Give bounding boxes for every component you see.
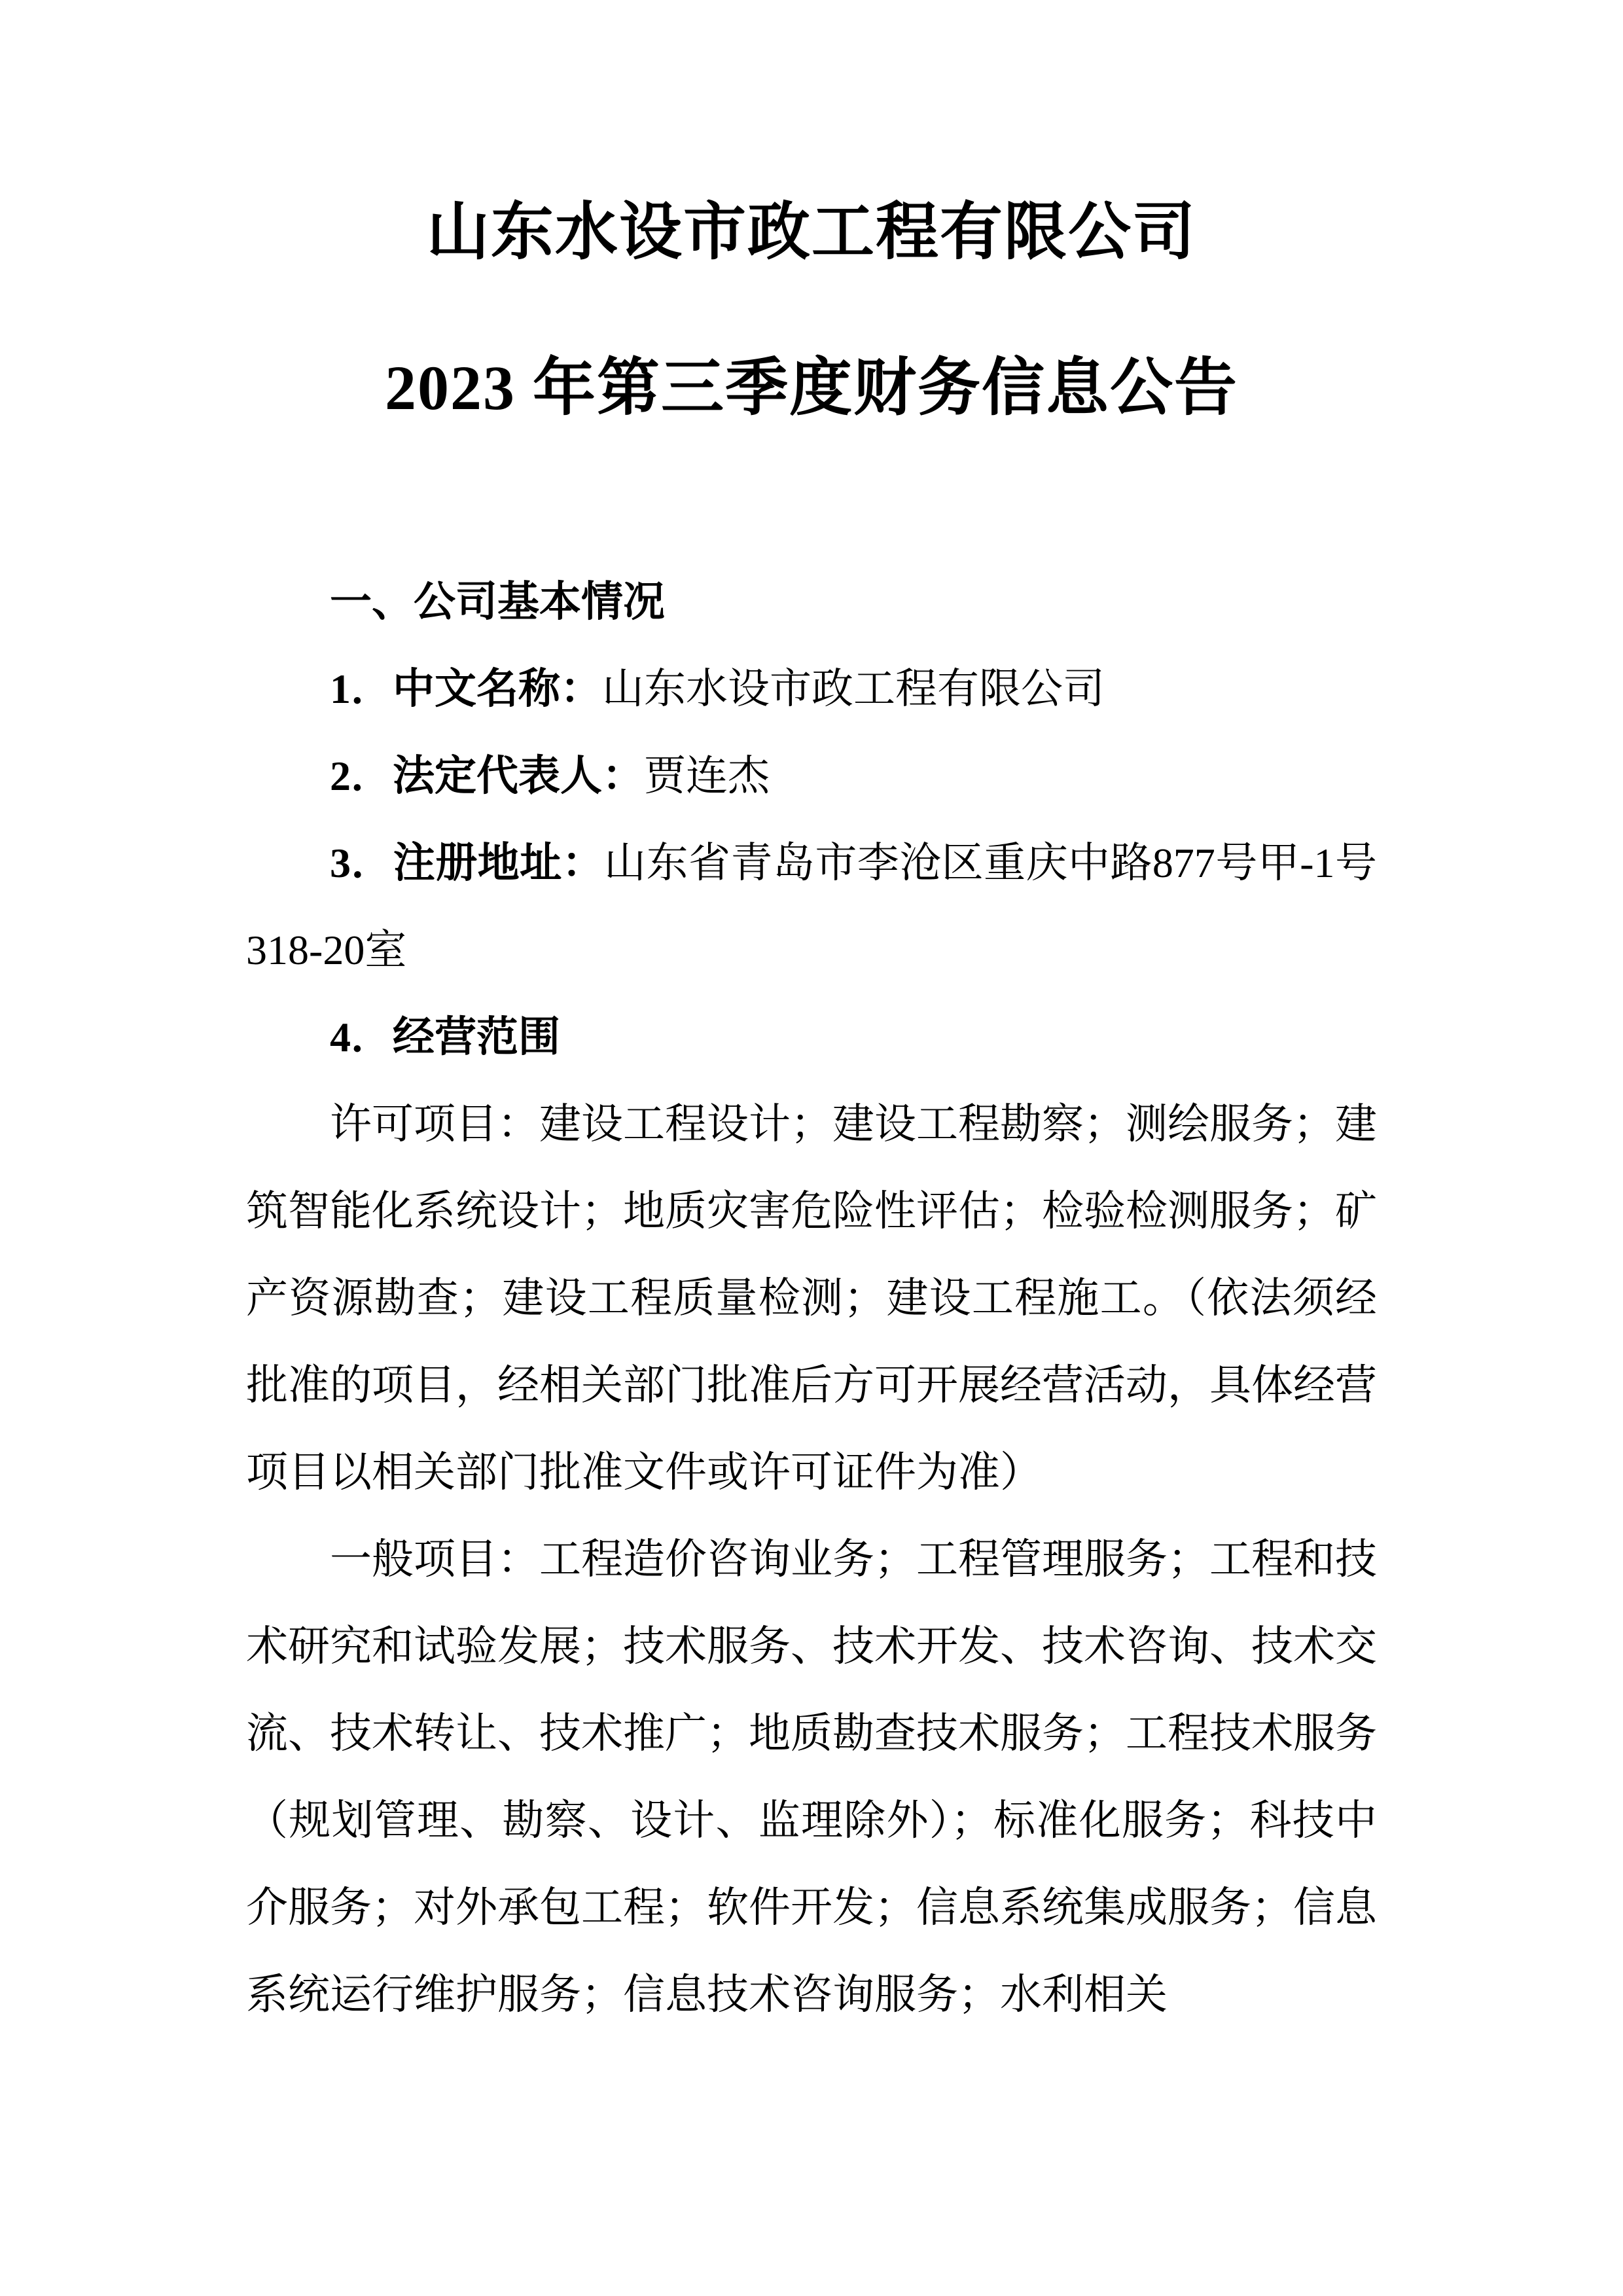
item-chinese-name: 1．中文名称：山东水设市政工程有限公司 xyxy=(246,645,1377,732)
text-segment: 贾连杰 xyxy=(644,753,770,799)
document-page: 山东水设市政工程有限公司 2023 年第三季度财务信息公告 一、公司基本情况1．… xyxy=(0,0,1623,2296)
item-registered-address: 3．注册地址：山东省青岛市李沧区重庆中路877号甲-1号318-20室 xyxy=(246,819,1377,994)
text-segment: 山东水设市政工程有限公司 xyxy=(602,666,1105,712)
paragraph-licensed-projects: 许可项目：建设工程设计；建设工程勘察；测绘服务；建筑智能化系统设计；地质灾害危险… xyxy=(246,1081,1377,1516)
bold-label-segment: 4．经营范围 xyxy=(330,1014,560,1060)
section-heading-basic-info: 一、公司基本情况 xyxy=(246,558,1377,645)
item-legal-representative: 2．法定代表人：贾连杰 xyxy=(246,732,1377,819)
text-segment: 许可项目：建设工程设计；建设工程勘察；测绘服务；建筑智能化系统设计；地质灾害危险… xyxy=(246,1101,1377,1496)
bold-label-segment: 3．注册地址： xyxy=(330,840,604,886)
bold-label-segment: 一、公司基本情况 xyxy=(330,579,665,625)
paragraph-general-projects: 一般项目：工程造价咨询业务；工程管理服务；工程和技术研究和试验发展；技术服务、技… xyxy=(246,1516,1377,2038)
bold-label-segment: 1．中文名称： xyxy=(330,666,602,712)
bold-label-segment: 2．法定代表人： xyxy=(330,753,644,799)
document-body: 一、公司基本情况1．中文名称：山东水设市政工程有限公司2．法定代表人：贾连杰3．… xyxy=(246,558,1377,2038)
document-title: 山东水设市政工程有限公司 xyxy=(0,193,1623,272)
text-segment: 一般项目：工程造价咨询业务；工程管理服务；工程和技术研究和试验发展；技术服务、技… xyxy=(246,1536,1377,2018)
document-subtitle: 2023 年第三季度财务信息公告 xyxy=(0,349,1623,427)
item-business-scope: 4．经营范围 xyxy=(246,994,1377,1081)
